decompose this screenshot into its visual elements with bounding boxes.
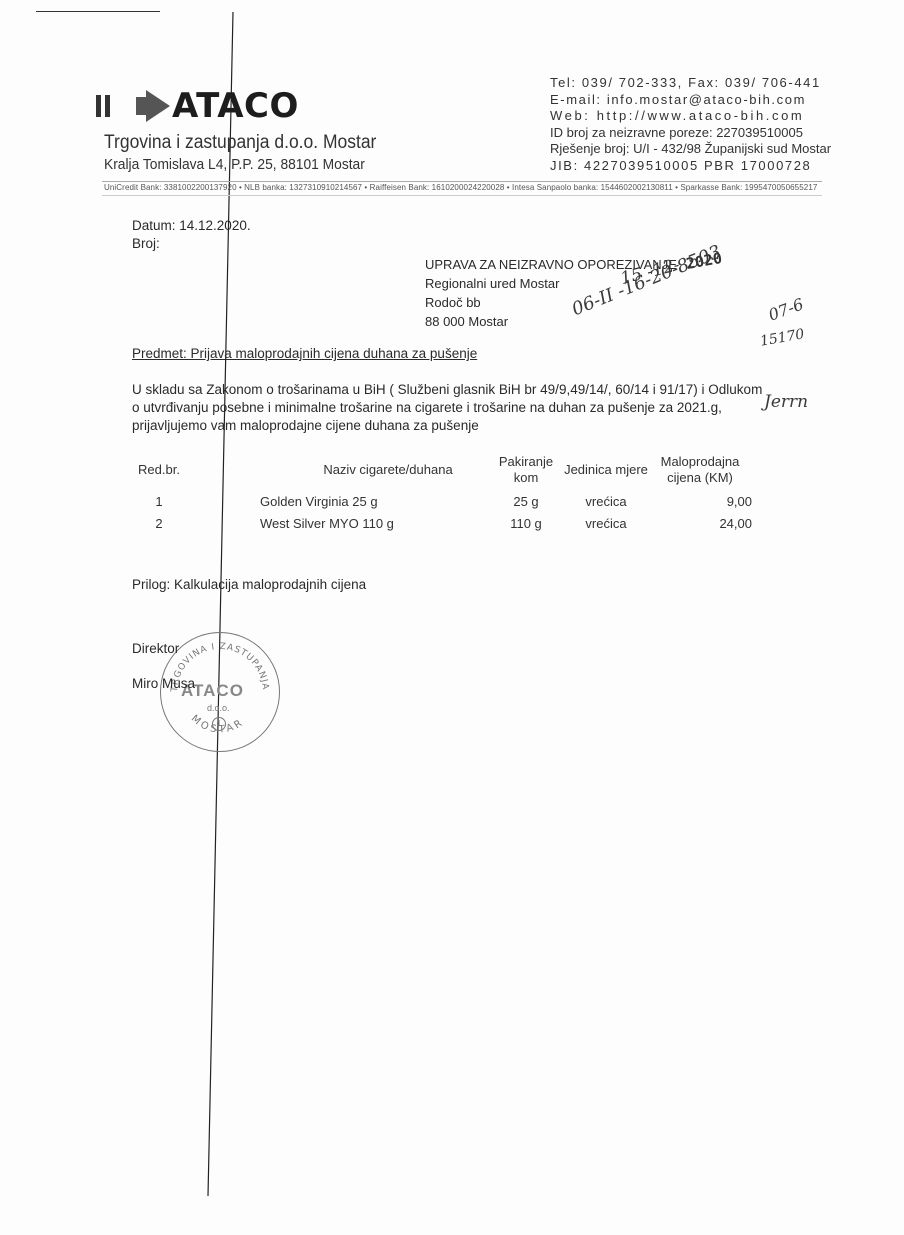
company-logo: ATACO (96, 86, 299, 126)
cell-red-br: 2 (128, 512, 190, 534)
letterhead-divider-bottom (102, 195, 822, 196)
contact-rjesenje: Rješenje broj: U/I - 432/98 Županijski s… (550, 141, 831, 158)
letterhead-divider-top (102, 181, 822, 182)
signatory-title: Direktor (132, 641, 179, 656)
contact-email: E-mail: info.mostar@ataco-bih.com (550, 92, 831, 109)
handwritten-note-2: 15170 (759, 326, 806, 349)
contact-id-broj: ID broj za neizravne poreze: 22703951000… (550, 125, 831, 142)
contact-web: Web: http://www.ataco-bih.com (550, 108, 831, 125)
cell-jedinica: vrećica (564, 490, 648, 512)
body-paragraph: U skladu sa Zakonom o trošarinama u BiH … (132, 381, 772, 435)
stamp-number: 1 (212, 717, 226, 731)
cell-red-br: 1 (128, 490, 190, 512)
header-red-br: Red.br. (128, 450, 190, 490)
scan-top-rule (36, 11, 160, 12)
recipient-line-3: Rodoč bb (425, 293, 677, 312)
logo-arrow-stem (136, 97, 146, 115)
signatory-name: Miro Musa (132, 676, 195, 691)
company-address: Kralja Tomislava L4, P.P. 25, 88101 Most… (104, 156, 365, 173)
table-header-row: Red.br. Naziv cigarete/duhana Pakiranje … (128, 450, 752, 490)
price-table: Red.br. Naziv cigarete/duhana Pakiranje … (128, 450, 752, 534)
header-pakiranje: Pakiranje kom (488, 450, 564, 490)
cell-jedinica: vrećica (564, 512, 648, 534)
table-row: 2 West Silver MYO 110 g 110 g vrećica 24… (128, 512, 752, 534)
subject-line: Predmet: Prijava maloprodajnih cijena du… (132, 346, 477, 361)
logo-arrow-icon (146, 90, 170, 122)
contact-jib-pbr: JIB: 4227039510005 PBR 17000728 (550, 158, 831, 175)
document-number: Broj: (132, 236, 160, 251)
cell-naziv: Golden Virginia 25 g (190, 490, 488, 512)
cell-pakiranje: 110 g (488, 512, 564, 534)
contact-tel-fax: Tel: 039/ 702-333, Fax: 039/ 706-441 (550, 75, 831, 92)
header-naziv: Naziv cigarete/duhana (190, 450, 488, 490)
logo-text: ATACO (172, 86, 299, 126)
document-date: Datum: 14.12.2020. (132, 218, 251, 233)
cell-pakiranje: 25 g (488, 490, 564, 512)
cell-cijena: 24,00 (648, 512, 752, 534)
logo-bars-icon (96, 95, 110, 117)
attachment-note: Prilog: Kalkulacija maloprodajnih cijena (132, 577, 366, 592)
header-cijena: Maloprodajna cijena (KM) (648, 450, 752, 490)
handwritten-note-1: 07-6 (766, 294, 806, 324)
table-row: 1 Golden Virginia 25 g 25 g vrećica 9,00 (128, 490, 752, 512)
recipient-line-4: 88 000 Mostar (425, 312, 677, 331)
header-jedinica: Jedinica mjere (564, 450, 648, 490)
contact-block: Tel: 039/ 702-333, Fax: 039/ 706-441 E-m… (550, 75, 831, 174)
cell-naziv: West Silver MYO 110 g (190, 512, 488, 534)
cell-cijena: 9,00 (648, 490, 752, 512)
company-name: Trgovina i zastupanja d.o.o. Mostar (104, 132, 376, 154)
stamp-suffix: d.o.o. (207, 703, 230, 713)
bank-accounts: UniCredit Bank: 3381002200137920 • NLB b… (104, 183, 817, 192)
